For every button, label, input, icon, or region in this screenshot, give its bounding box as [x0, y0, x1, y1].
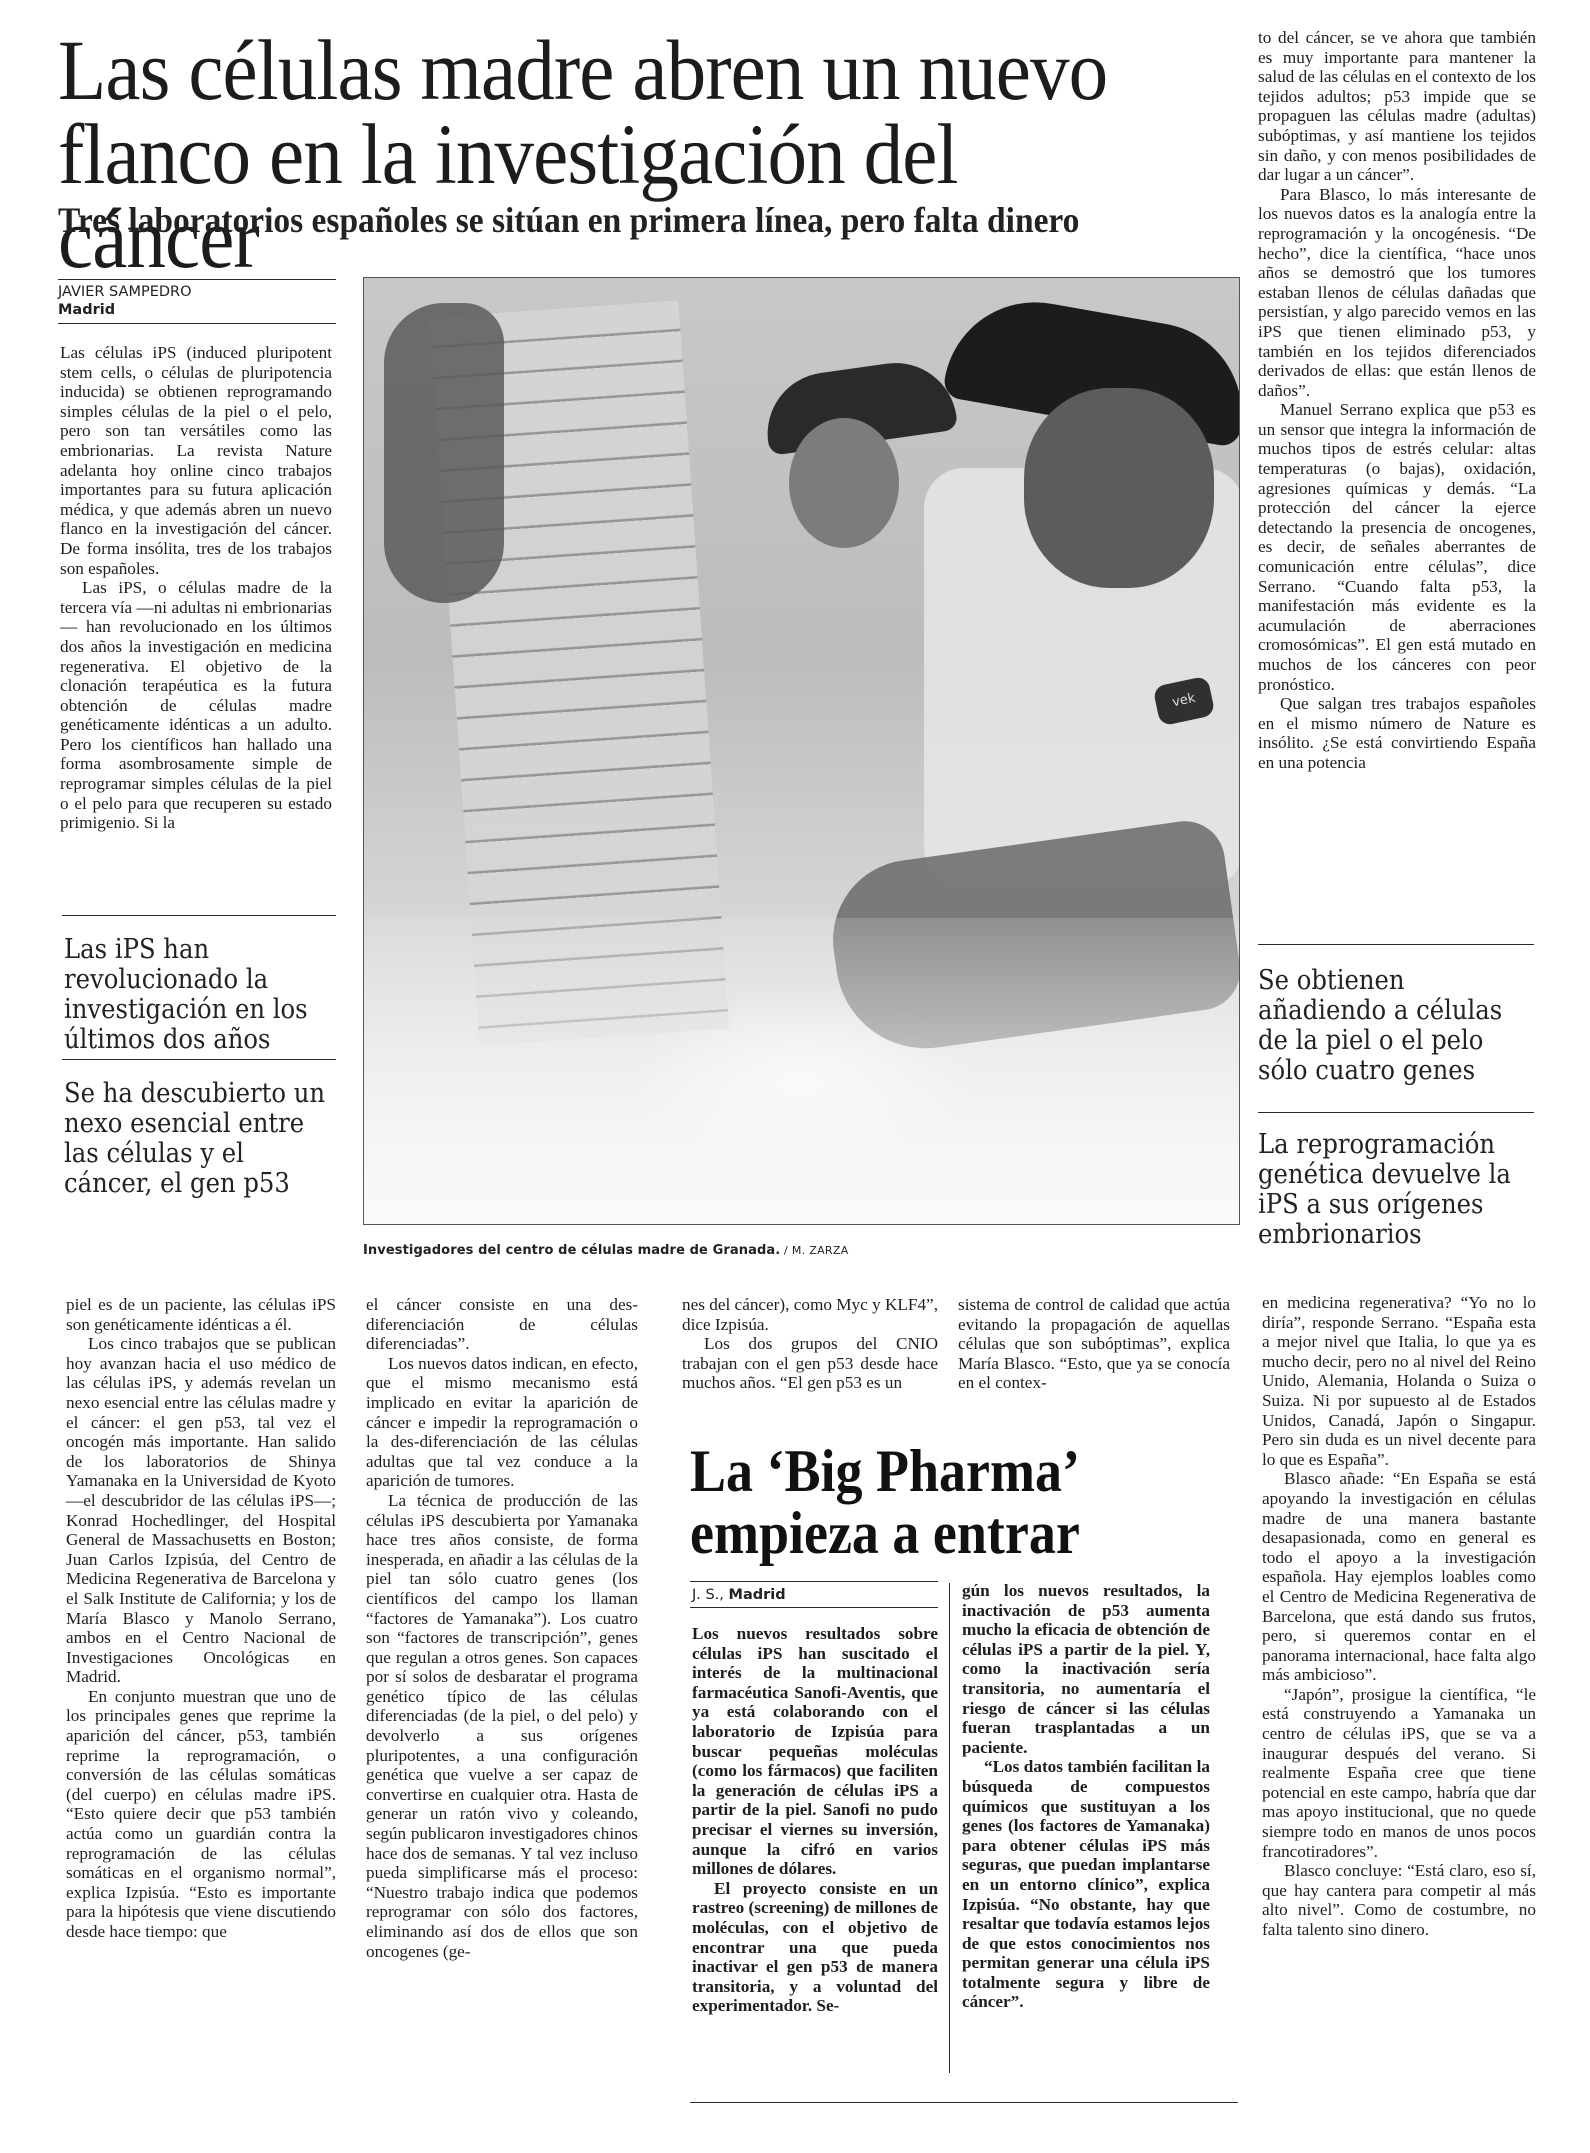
byline-bottom-rule	[58, 323, 336, 324]
byline-top-rule	[58, 279, 336, 280]
sidebar-column-b: gún los nuevos resultados, la inactivaci…	[962, 1581, 1210, 2012]
sidebar-headline: La ‘Big Pharma’ empieza a entrar	[690, 1440, 1080, 1564]
headline-line-1: Las células madre abren un nuevo	[58, 22, 1107, 118]
paragraph: En conjunto muestran que uno de los prin…	[66, 1687, 336, 1942]
researcher-face-shape	[789, 418, 899, 548]
paragraph: el cáncer consiste en una des-diferencia…	[366, 1295, 638, 1354]
photo-researchers: vek	[363, 277, 1240, 1225]
paragraph: Las iPS, o células madre de la tercera v…	[60, 578, 332, 833]
pullquote-rule	[1258, 1112, 1534, 1113]
paragraph: Manuel Serrano explica que p53 es un sen…	[1258, 400, 1536, 694]
caption-text: Investigadores del centro de células mad…	[363, 1243, 780, 1258]
paragraph: Las células iPS (induced pluripotent ste…	[60, 343, 332, 578]
paragraph: Los nuevos datos indican, en efecto, que…	[366, 1354, 638, 1491]
paragraph: “Japón”, prosigue la científica, “le est…	[1262, 1685, 1536, 1861]
paragraph: El proyecto consiste en un rastreo (scre…	[692, 1879, 938, 2016]
byline-author: JAVIER SAMPEDRO	[58, 283, 192, 301]
researcher-face-shape	[1024, 388, 1214, 588]
paragraph: piel es de un paciente, las células iPS …	[66, 1295, 336, 1334]
nitrogen-fog-shape	[364, 918, 1239, 1225]
paragraph: Para Blasco, lo más interesante de los n…	[1258, 185, 1536, 401]
sidebar-byline-place: Madrid	[729, 1587, 786, 1603]
paragraph: Que salgan tres trabajos españoles en el…	[1258, 694, 1536, 772]
pullquote-1: Las iPS han revolucionado la investigaci…	[64, 935, 334, 1055]
pullquote-rule	[62, 1059, 336, 1060]
pullquote-3: Se obtienen añadiendo a células de la pi…	[1258, 966, 1528, 1086]
article-column-1-bottom: piel es de un paciente, las células iPS …	[66, 1295, 336, 1942]
headline-line-2: flanco en la investigación del cáncer	[58, 106, 958, 286]
paragraph: La técnica de producción de las células …	[366, 1491, 638, 1961]
photo-caption: Investigadores del centro de células mad…	[363, 1243, 849, 1258]
pullquote-rule	[62, 915, 336, 916]
sidebar-byline-author: J. S.,	[692, 1587, 729, 1603]
glove-left-shape	[384, 303, 504, 603]
sidebar-byline-top-rule	[690, 1581, 938, 1582]
photo-credit: M. ZARZA	[792, 1244, 849, 1257]
article-column-4-top: sistema de control de calidad que actúa …	[958, 1295, 1230, 1393]
sidebar-byline: J. S., Madrid	[692, 1586, 786, 1604]
paragraph: gún los nuevos resultados, la inactivaci…	[962, 1581, 1210, 1757]
article-column-5-top: to del cáncer, se ve ahora que también e…	[1258, 28, 1536, 773]
caption-separator: /	[780, 1244, 792, 1257]
sidebar-column-divider	[949, 1583, 950, 2073]
paragraph: Blasco concluye: “Está claro, eso sí, qu…	[1262, 1861, 1536, 1939]
sidebar-column-a: Los nuevos resultados sobre células iPS …	[692, 1624, 938, 2016]
subheadline: Tres laboratorios españoles se sitúan en…	[58, 200, 1174, 240]
article-column-5-bottom: en medicina regenerativa? “Yo no lo dirí…	[1262, 1293, 1536, 1940]
sidebar-byline-bottom-rule	[690, 1607, 938, 1608]
paragraph: sistema de control de calidad que actúa …	[958, 1295, 1230, 1393]
byline: JAVIER SAMPEDRO Madrid	[58, 283, 192, 319]
paragraph: Blasco añade: “En España se está apoyand…	[1262, 1469, 1536, 1685]
pullquote-4: La reprogramación genética devuelve la i…	[1258, 1130, 1528, 1250]
paragraph: nes del cáncer), como Myc y KLF4”, dice …	[682, 1295, 938, 1334]
sidebar-bottom-rule	[690, 2102, 1238, 2103]
pullquote-2: Se ha descubierto un nexo esencial entre…	[64, 1079, 334, 1199]
pullquote-rule	[1258, 944, 1534, 945]
paragraph: Los dos grupos del CNIO trabajan con el …	[682, 1334, 938, 1393]
paragraph: Los cinco trabajos que se publican hoy a…	[66, 1334, 336, 1687]
paragraph: “Los datos también facilitan la búsqueda…	[962, 1757, 1210, 2012]
article-column-1-top: Las células iPS (induced pluripotent ste…	[60, 343, 332, 833]
sidebar-headline-line-1: La ‘Big Pharma’	[690, 1438, 1080, 1504]
paragraph: Los nuevos resultados sobre células iPS …	[692, 1624, 938, 1879]
article-column-3-top: nes del cáncer), como Myc y KLF4”, dice …	[682, 1295, 938, 1393]
byline-place: Madrid	[58, 301, 192, 319]
sidebar-headline-line-2: empieza a entrar	[690, 1500, 1080, 1566]
paragraph: en medicina regenerativa? “Yo no lo dirí…	[1262, 1293, 1536, 1469]
paragraph: to del cáncer, se ve ahora que también e…	[1258, 28, 1536, 185]
main-headline: Las células madre abren un nuevo flanco …	[58, 28, 1162, 280]
article-column-2: el cáncer consiste en una des-diferencia…	[366, 1295, 638, 1961]
